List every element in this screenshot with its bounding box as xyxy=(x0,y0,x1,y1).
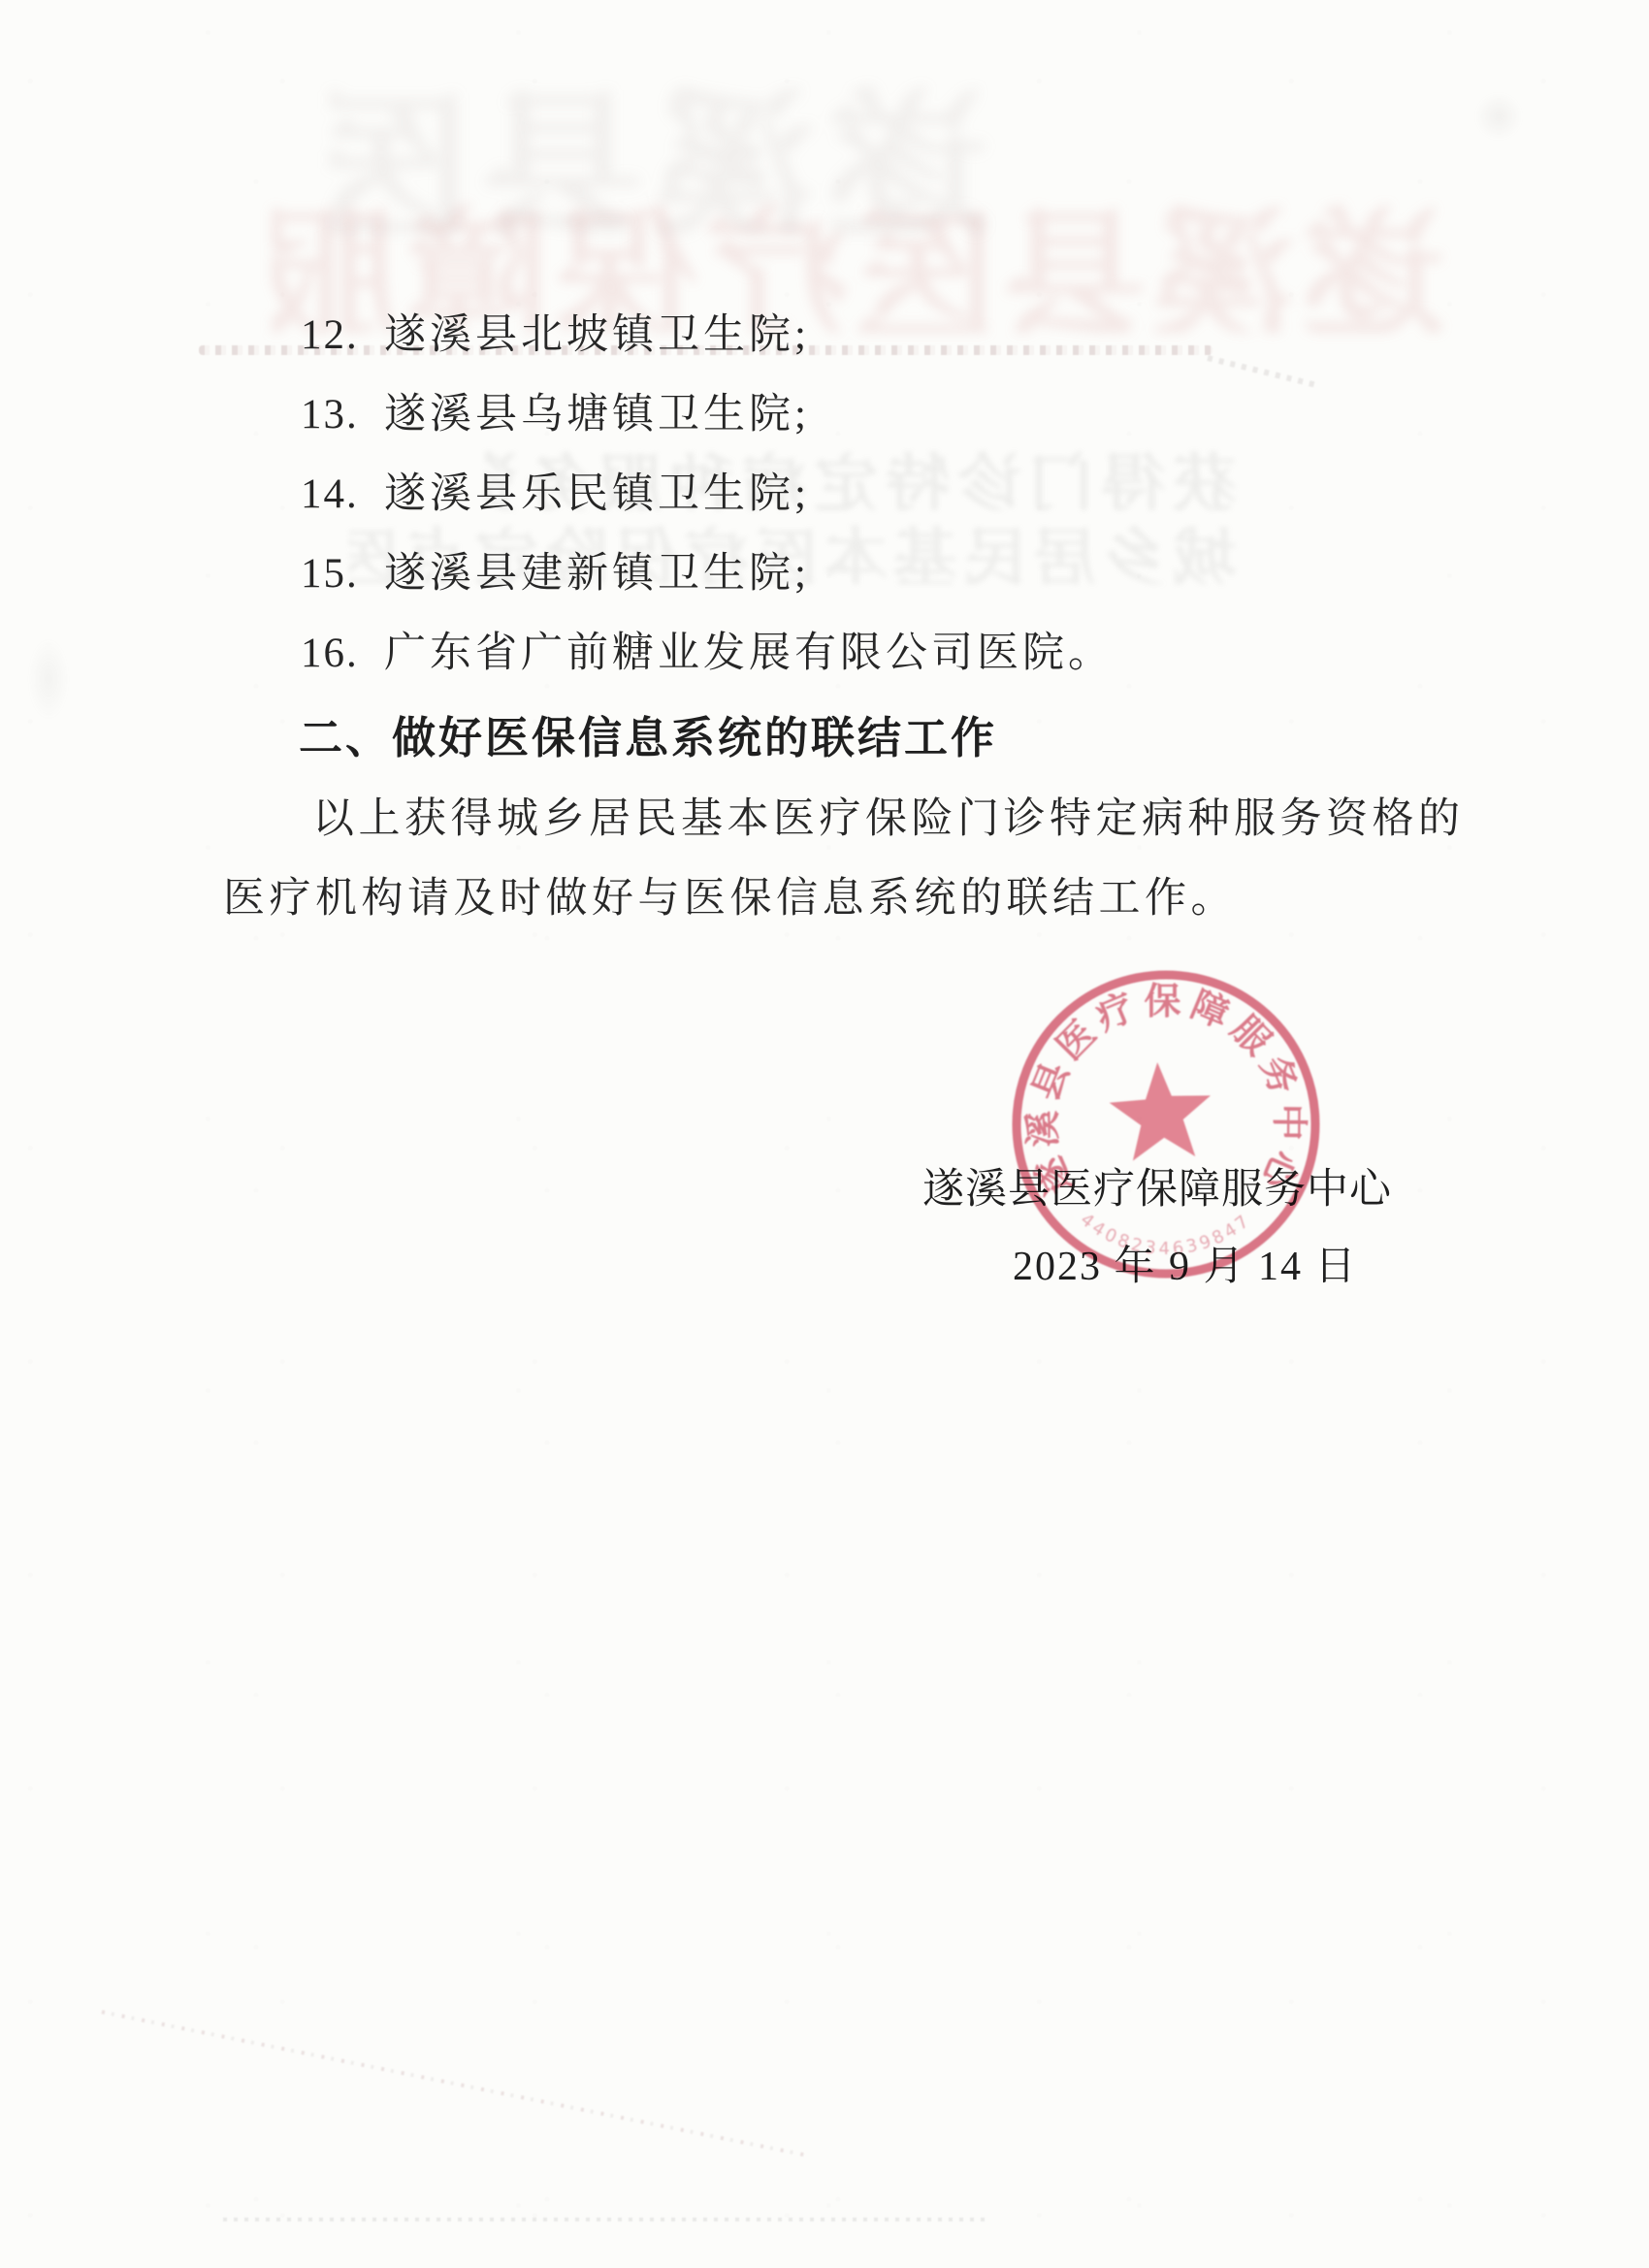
scan-streak-dotted xyxy=(223,2218,989,2221)
list-item-text: 遂溪县建新镇卫生院; xyxy=(384,551,810,597)
seal-star-icon xyxy=(1110,1062,1211,1161)
list-item-text: 广东省广前糖业发展有限公司医院。 xyxy=(384,631,1114,676)
bleedthrough-text-top-grey: 遂溪县医疗保障 xyxy=(330,39,989,233)
scan-smudge xyxy=(19,621,78,737)
list-item-number: 16. xyxy=(301,629,384,679)
list-item: 13.遂溪县乌塘镇卫生院; xyxy=(301,390,810,440)
list-item-number: 13. xyxy=(301,390,384,440)
list-item-number: 15. xyxy=(301,549,384,599)
scan-smudge xyxy=(1465,82,1533,150)
scan-streak-diagonal xyxy=(102,2010,811,2157)
paragraph-line-2: 医疗机构请及时做好与医保信息系统的联结工作。 xyxy=(223,865,1237,924)
list-item: 12.遂溪县北坡镇卫生院; xyxy=(301,310,810,361)
paragraph-line-1: 以上获得城乡居民基本医疗保险门诊特定病种服务资格的 xyxy=(312,786,1465,845)
list-item-text: 遂溪县北坡镇卫生院; xyxy=(384,312,810,358)
bleedthrough-text-top-pink: 遂溪县医疗保障服务中心文件 xyxy=(272,163,1445,333)
scan-streak-tail xyxy=(1207,355,1321,389)
list-item-text: 遂溪县乐民镇卫生院; xyxy=(384,471,810,517)
signature-date: 2023 年 9 月 14 日 xyxy=(1013,1234,1358,1292)
list-item-number: 12. xyxy=(301,310,384,361)
list-item: 14.遂溪县乐民镇卫生院; xyxy=(301,470,810,520)
section-heading: 二、做好医保信息系统的联结工作 xyxy=(299,702,997,765)
signature-organization: 遂溪县医疗保障服务中心 xyxy=(922,1156,1392,1215)
seal-ring xyxy=(1017,975,1315,1274)
document-page: 遂溪县医疗保障 遂溪县医疗保障服务中心文件 获得门诊特定病种服务资格的机构 城乡… xyxy=(0,0,1649,2268)
list-item: 16.广东省广前糖业发展有限公司医院。 xyxy=(301,629,1114,679)
list-item-number: 14. xyxy=(301,470,384,520)
list-item: 15.遂溪县建新镇卫生院; xyxy=(301,549,810,599)
list-item-text: 遂溪县乌塘镇卫生院; xyxy=(384,392,810,437)
